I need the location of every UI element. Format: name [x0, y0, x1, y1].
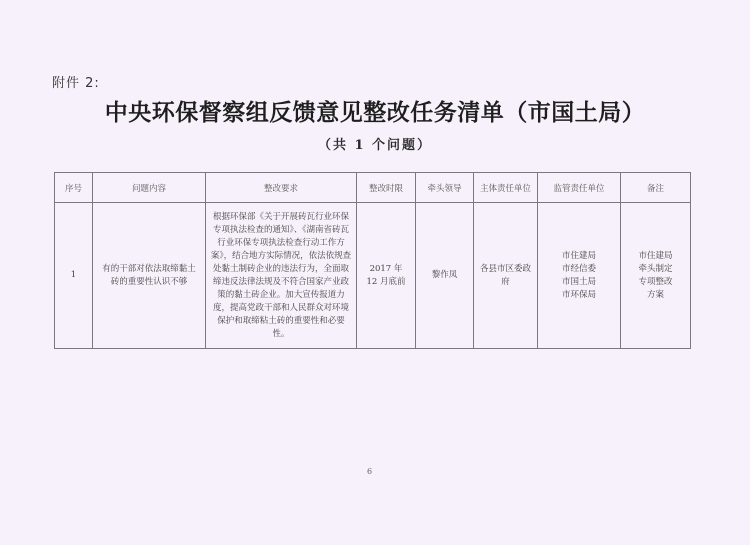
header-index: 序号	[55, 173, 93, 203]
document-title: 中央环保督察组反馈意见整改任务清单（市国土局）	[0, 94, 750, 127]
table-header-row: 序号 问题内容 整改要求 整改时限 牵头领导 主体责任单位 监管责任单位 备注	[55, 173, 691, 203]
header-requirement: 整改要求	[206, 173, 357, 203]
cell-responsible-unit: 各县市区委政府	[474, 203, 538, 349]
header-lead: 牵头领导	[416, 173, 474, 203]
header-deadline: 整改时限	[357, 173, 416, 203]
cell-index: 1	[55, 203, 93, 349]
table-row: 1 有的干部对依法取缔黏土砖的重要性认识不够 根据环保部《关于开展砖瓦行业环保专…	[55, 203, 691, 349]
document-page: 附件 2: 中央环保督察组反馈意见整改任务清单（市国土局） （共 1 个问题） …	[0, 0, 750, 545]
supervising-unit: 市经信委	[541, 263, 617, 276]
remark-line: 牵头制定	[624, 263, 687, 276]
header-supervising-units: 监管责任单位	[538, 173, 621, 203]
cell-remarks: 市住建局 牵头制定 专项整改 方案	[621, 203, 691, 349]
task-table: 序号 问题内容 整改要求 整改时限 牵头领导 主体责任单位 监管责任单位 备注 …	[54, 172, 691, 349]
cell-supervising-units: 市住建局 市经信委 市国土局 市环保局	[538, 203, 621, 349]
document-subtitle: （共 1 个问题）	[0, 134, 750, 153]
remark-line: 市住建局	[624, 250, 687, 263]
cell-requirement: 根据环保部《关于开展砖瓦行业环保专项执法检查的通知》、《湖南省砖瓦行业环保专项执…	[206, 203, 357, 349]
remark-line: 专项整改	[624, 276, 687, 289]
attachment-label: 附件 2:	[52, 72, 100, 91]
supervising-unit: 市国土局	[541, 276, 617, 289]
header-issue: 问题内容	[93, 173, 206, 203]
supervising-unit: 市住建局	[541, 250, 617, 263]
cell-deadline: 2017 年 12 月底前	[357, 203, 416, 349]
cell-lead: 黎作凤	[416, 203, 474, 349]
page-number: 6	[367, 467, 372, 476]
remark-line: 方案	[624, 289, 687, 302]
header-responsible-unit: 主体责任单位	[474, 173, 538, 203]
header-remarks: 备注	[621, 173, 691, 203]
supervising-unit: 市环保局	[541, 289, 617, 302]
cell-issue: 有的干部对依法取缔黏土砖的重要性认识不够	[93, 203, 206, 349]
